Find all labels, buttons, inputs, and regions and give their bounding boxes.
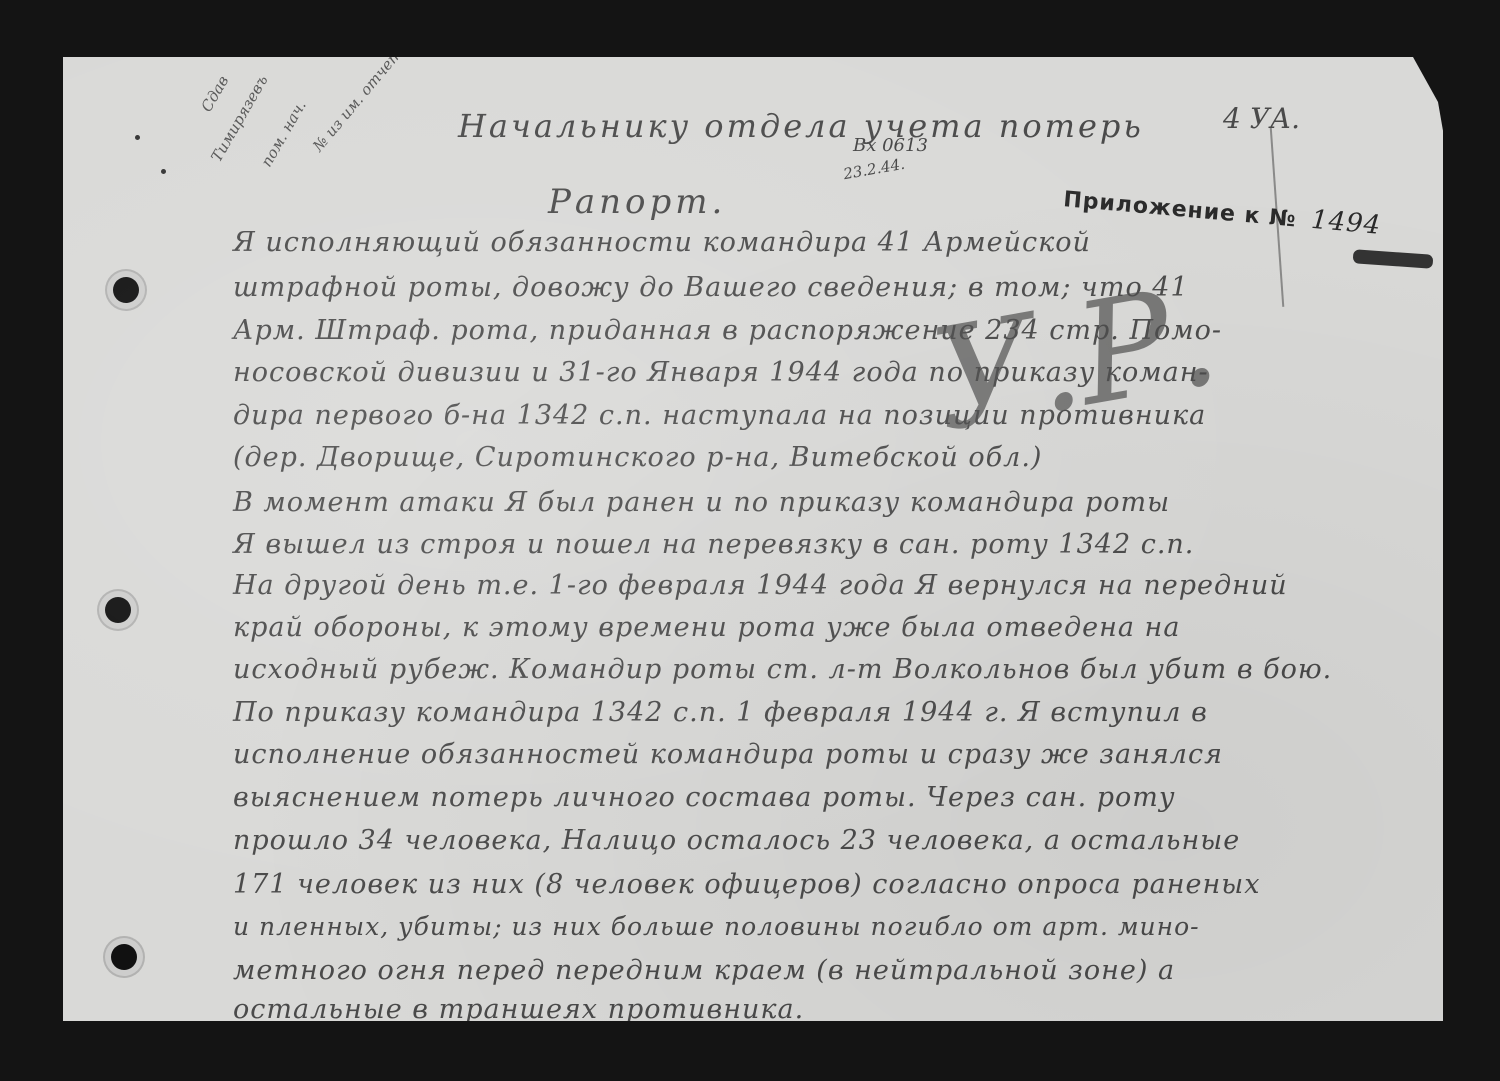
body-line: носовской дивизии и 31-го Января 1944 го… <box>233 357 1209 388</box>
stamp-number: 1494 <box>1310 205 1383 241</box>
footer-note: (См. на обороте) <box>603 1037 823 1065</box>
body-line: остальные в траншеях противника. <box>233 994 804 1025</box>
body-line: В момент атаки Я был ранен и по приказу … <box>233 487 1170 518</box>
document-sheet: Сдав Тимирязевъ пом. нач. № из им. отчет… <box>63 57 1443 1021</box>
paper-crease <box>1270 127 1285 307</box>
body-line: (дер. Дворище, Сиротинского р-на, Витебс… <box>233 442 1042 473</box>
body-line: исполнение обязанностей командира роты и… <box>233 739 1223 770</box>
body-line: Я исполняющий обязанности командира 41 А… <box>233 227 1091 258</box>
body-line: На другой день т.е. 1-го февраля 1944 го… <box>233 570 1288 601</box>
body-line: выяснением потерь личного состава роты. … <box>233 782 1176 813</box>
pencil-resolution-mark: У.Р. <box>921 254 1229 464</box>
addressee-unit: 4 УА. <box>1223 102 1300 135</box>
paper-speck <box>135 135 140 140</box>
punch-hole-middle <box>105 597 131 623</box>
attachment-stamp: Приложение к № 1494 <box>1062 183 1382 241</box>
margin-note-1: Сдав <box>197 73 232 115</box>
addressee: Начальнику отдела учета потерь <box>458 107 1144 145</box>
body-line: метного огня перед передним краем (в ней… <box>233 955 1175 986</box>
margin-note-4: № из им. отчета <box>309 38 411 155</box>
body-line: исходный рубеж. Командир роты ст. л-т Во… <box>233 654 1332 685</box>
margin-note-2: Тимирязевъ <box>207 72 271 165</box>
body-line: дира первого б-на 1342 с.п. наступала на… <box>233 400 1206 431</box>
body-line: Арм. Штраф. рота, приданная в распоряжен… <box>233 315 1222 346</box>
body-line: край обороны, к этому времени рота уже б… <box>233 612 1180 643</box>
body-line: штрафной роты, довожу до Вашего сведения… <box>233 272 1189 303</box>
registration-date: 23.2.44. <box>842 155 906 183</box>
body-line: Я вышел из строя и пошел на перевязку в … <box>233 529 1194 560</box>
margin-note-3: пом. нач. <box>257 97 309 170</box>
body-line: прошло 34 человека, Налицо осталось 23 ч… <box>233 825 1240 856</box>
punch-hole-top <box>113 277 139 303</box>
paper-speck <box>161 169 166 174</box>
body-line: и пленных, убиты; из них больше половины… <box>233 912 1200 941</box>
body-line: 171 человек из них (8 человек офицеров) … <box>233 869 1261 900</box>
stamp-smudge <box>1353 249 1434 269</box>
stamp-text: Приложение к № <box>1062 187 1297 232</box>
registration-number: Вх 0613 <box>853 135 928 156</box>
punch-hole-bottom <box>111 944 137 970</box>
report-title: Рапорт. <box>548 182 726 222</box>
body-line: По приказу командира 1342 с.п. 1 февраля… <box>233 697 1208 728</box>
